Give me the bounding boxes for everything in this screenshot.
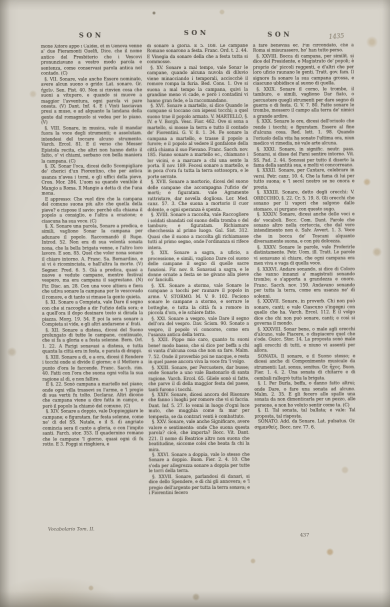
paragraph: §. XXXVI. Andare sonando, si dice di Col… — [254, 267, 355, 300]
paragraph: §. XXV. Sonare, vale anche Significare, … — [149, 420, 250, 453]
paragraph: §. XXVIII. Bocca di campana, per similit… — [253, 54, 354, 87]
text-block: mone Xitore appo i Caldei, et in Genova … — [41, 43, 356, 532]
paragraph: §. XXXI. Sonare, in signific. neutr. pas… — [253, 147, 354, 169]
paragraph: §. XII. Sonare a distesa, dicesi del Suo… — [42, 328, 143, 356]
scan-surface: SON SON SON 1435 mone Xitore appo i Cald… — [0, 0, 390, 607]
paragraph: E §. 22. Sonò campana a martello nel pia… — [42, 382, 143, 410]
paragraph: §. XIII. Sonare a dì, e a ora, dicesi il… — [42, 355, 143, 383]
paragraph: §. XXVII. Sonare, parlandosi di danari, … — [149, 475, 250, 497]
paragraph: §. XXXV. Sonare le parole, vale Proferir… — [254, 245, 355, 267]
paragraph: §. XXXIV. Sonare, dicesi anche delle voc… — [254, 212, 355, 245]
paragraph: §. XIX. Sonare a sagra, a uficio, a proc… — [148, 251, 249, 284]
paragraph: §. IX. Sonar l'oca, dicesi dello Scompig… — [41, 164, 142, 197]
paragraph: §. XXXVII. Sonare, in proverb. Chi non p… — [254, 300, 355, 328]
paragraph: E appresso: Che vuol dire che la campana… — [42, 197, 143, 225]
running-head-right: SON — [249, 30, 311, 38]
paragraph: §. XXXIII. Sonare, detto degli orecchi: … — [254, 191, 355, 213]
paragraph: §. XI. Sonare a Compieta, vale Dare il s… — [42, 301, 143, 329]
paragraph: mone Xitore appo i Caldei, et in Genova … — [41, 44, 142, 77]
running-head-left: SON — [41, 31, 142, 39]
running-head-center: SON — [146, 29, 247, 37]
paragraph: di sonare a gloria. E 5. 168. Le campane… — [147, 44, 248, 66]
paragraph: §. XVII. Sonare a mortorio, dicesi del s… — [147, 180, 248, 213]
paragraph: §. XXIV. Sonare, dicesi ancora del Rison… — [148, 393, 249, 421]
paragraph: §. II. Tal sonata, tal ballata; e vale: … — [254, 409, 355, 420]
paragraph: §. XIV. Sonare a doppio, vale Doppieggia… — [42, 410, 143, 449]
footer-signature: Vocabolario Tom. II. — [48, 527, 95, 532]
paragraph: §. I. Per Burla, beffa, o danno fatto al… — [254, 381, 355, 409]
catchword: 437 — [300, 534, 309, 539]
paragraph: §. XVI. Sonare a martello, si dice Quand… — [147, 104, 248, 181]
paragraph: a fare benevisa ec. Fui circondato, che … — [253, 43, 354, 54]
paragraph: §. VIII. Sonare, in musica, vale il mand… — [41, 126, 142, 165]
text-column-1: mone Xitore appo i Caldei, et in Genova … — [41, 44, 144, 532]
paragraph: §. X. Sonare una parola, Sonare a predic… — [42, 224, 143, 301]
paragraph: §. XXVI. Sonare a doppia, vale lo stesso… — [149, 453, 250, 475]
paragraph: §. XXII. Pippo mio caro, quanto tu suoni… — [148, 338, 249, 366]
paragraph: §. XXIX. Sonare il corno, le trombe, il … — [253, 87, 354, 120]
book-page: SON SON SON 1435 mone Xitore appo i Cald… — [0, 0, 390, 607]
paragraph: §. XVIII. Sonare a raccolta, vale Raccog… — [148, 213, 249, 252]
paragraph: SONATA. Il sonare, e il Suono stesso; e … — [254, 354, 355, 382]
text-column-3: a fare benevisa ec. Fui circondato, che … — [253, 43, 356, 531]
paragraph: §. XV. Sonare a mal tempo, vale Sonar le… — [147, 66, 248, 105]
paragraph: §. XXX. Sonare le ore, dicesi dell'oriuo… — [253, 120, 354, 148]
paragraph: §. XX. Sonare a stormo, vale Sonare le c… — [148, 284, 249, 317]
paragraph: §. XXIII. Sonare, per Percuotere, dar bu… — [148, 365, 249, 393]
paragraph: §. XXXVIII. Sonar bene, o male agli orec… — [254, 327, 355, 355]
page-number: 1435 — [329, 33, 345, 41]
paragraph: SONATO. Add. da Sonare. Lat. pulsatus. G… — [255, 420, 356, 431]
paragraph: §. VII. Sonare, vale anche Essere nomina… — [41, 77, 142, 127]
paragraph: §. XXI. Sonare a vespro, vale Dare il se… — [148, 316, 249, 338]
paragraph: §. XXXII. Sonare, per Cantare, celebrare… — [253, 169, 354, 191]
text-column-2: di sonare a gloria. E 5. 168. Le campane… — [147, 44, 250, 532]
